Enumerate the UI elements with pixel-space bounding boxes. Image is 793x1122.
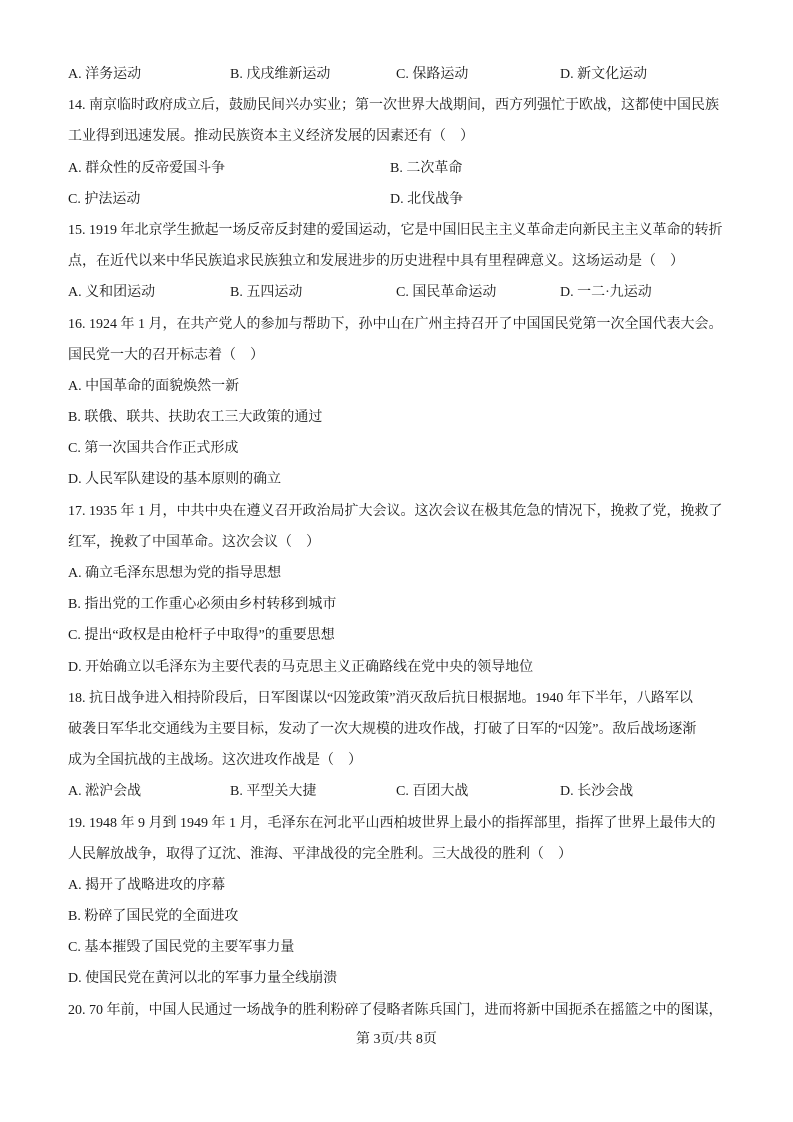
document-line: C. 基本摧毁了国民党的主要军事力量 xyxy=(68,932,727,963)
option-item: A. 洋务运动 xyxy=(68,59,141,90)
document-line: 工业得到迅速发展。推动民族资本主义经济发展的因素还有（ ） xyxy=(68,121,727,152)
option-item: D. 北伐战争 xyxy=(390,184,463,215)
option-item: B. 五四运动 xyxy=(230,277,302,308)
document-line: 19. 1948 年 9 月到 1949 年 1 月，毛泽东在河北平山西柏坡世界… xyxy=(68,808,727,839)
option-item: A. 淞沪会战 xyxy=(68,776,141,807)
exam-document-page: A. 洋务运动B. 戊戌维新运动C. 保路运动D. 新文化运动14. 南京临时政… xyxy=(0,0,793,1122)
document-line: 17. 1935 年 1 月，中共中央在遵义召开政治局扩大会议。这次会议在极其危… xyxy=(68,496,727,527)
option-item: C. 护法运动 xyxy=(68,184,140,215)
options-row: A. 义和团运动B. 五四运动C. 国民革命运动D. 一二·九运动 xyxy=(68,277,727,308)
document-line: 16. 1924 年 1 月，在共产党人的参加与帮助下，孙中山在广州主持召开了中… xyxy=(68,309,727,340)
document-line: D. 开始确立以毛泽东为主要代表的马克思主义正确路线在党中央的领导地位 xyxy=(68,652,727,683)
option-item: D. 一二·九运动 xyxy=(560,277,652,308)
document-line: 20. 70 年前，中国人民通过一场战争的胜利粉碎了侵略者陈兵国门，进而将新中国… xyxy=(68,995,727,1026)
document-line: 点，在近代以来中华民族追求民族独立和发展进步的历史进程中具有里程碑意义。这场运动… xyxy=(68,246,727,277)
page-indicator: 第 3页/共 8页 xyxy=(356,1032,437,1047)
document-line: B. 粉碎了国民党的全面进攻 xyxy=(68,901,727,932)
document-line: 破袭日军华北交通线为主要目标，发动了一次大规模的进攻作战，打破了日军的“囚笼”。… xyxy=(68,714,727,745)
options-row: C. 护法运动D. 北伐战争 xyxy=(68,184,727,215)
option-item: D. 新文化运动 xyxy=(560,59,647,90)
option-item: B. 二次革命 xyxy=(390,153,462,184)
document-line: D. 使国民党在黄河以北的军事力量全线崩溃 xyxy=(68,963,727,994)
option-item: D. 长沙会战 xyxy=(560,776,633,807)
option-item: A. 群众性的反帝爱国斗争 xyxy=(68,153,225,184)
document-line: 红军，挽救了中国革命。这次会议（ ） xyxy=(68,527,727,558)
document-line: 15. 1919 年北京学生掀起一场反帝反封建的爱国运动，它是中国旧民主主义革命… xyxy=(68,215,727,246)
document-line: C. 提出“政权是由枪杆子中取得”的重要思想 xyxy=(68,620,727,651)
document-line: 14. 南京临时政府成立后，鼓励民间兴办实业；第一次世界大战期间，西方列强忙于欧… xyxy=(68,90,727,121)
document-body: A. 洋务运动B. 戊戌维新运动C. 保路运动D. 新文化运动14. 南京临时政… xyxy=(0,0,793,1026)
option-item: B. 戊戌维新运动 xyxy=(230,59,330,90)
options-row: A. 洋务运动B. 戊戌维新运动C. 保路运动D. 新文化运动 xyxy=(68,59,727,90)
document-line: A. 确立毛泽东思想为党的指导思想 xyxy=(68,558,727,589)
document-line: B. 联俄、联共、扶助农工三大政策的通过 xyxy=(68,402,727,433)
document-line: 成为全国抗战的主战场。这次进攻作战是（ ） xyxy=(68,745,727,776)
page-footer: 第 3页/共 8页 xyxy=(0,1028,793,1052)
options-row: A. 淞沪会战B. 平型关大捷C. 百团大战D. 长沙会战 xyxy=(68,776,727,807)
document-line: 18. 抗日战争进入相持阶段后，日军图谋以“囚笼政策”消灭敌后抗日根据地。194… xyxy=(68,683,727,714)
document-line: A. 中国革命的面貌焕然一新 xyxy=(68,371,727,402)
document-line: B. 指出党的工作重心必须由乡村转移到城市 xyxy=(68,589,727,620)
document-line: 国民党一大的召开标志着（ ） xyxy=(68,340,727,371)
document-line: 人民解放战争，取得了辽沈、淮海、平津战役的完全胜利。三大战役的胜利（ ） xyxy=(68,839,727,870)
document-line: C. 第一次国共合作正式形成 xyxy=(68,433,727,464)
document-line: D. 人民军队建设的基本原则的确立 xyxy=(68,464,727,495)
option-item: C. 保路运动 xyxy=(396,59,468,90)
option-item: C. 百团大战 xyxy=(396,776,468,807)
option-item: C. 国民革命运动 xyxy=(396,277,496,308)
options-row: A. 群众性的反帝爱国斗争B. 二次革命 xyxy=(68,153,727,184)
option-item: B. 平型关大捷 xyxy=(230,776,316,807)
option-item: A. 义和团运动 xyxy=(68,277,155,308)
document-line: A. 揭开了战略进攻的序幕 xyxy=(68,870,727,901)
